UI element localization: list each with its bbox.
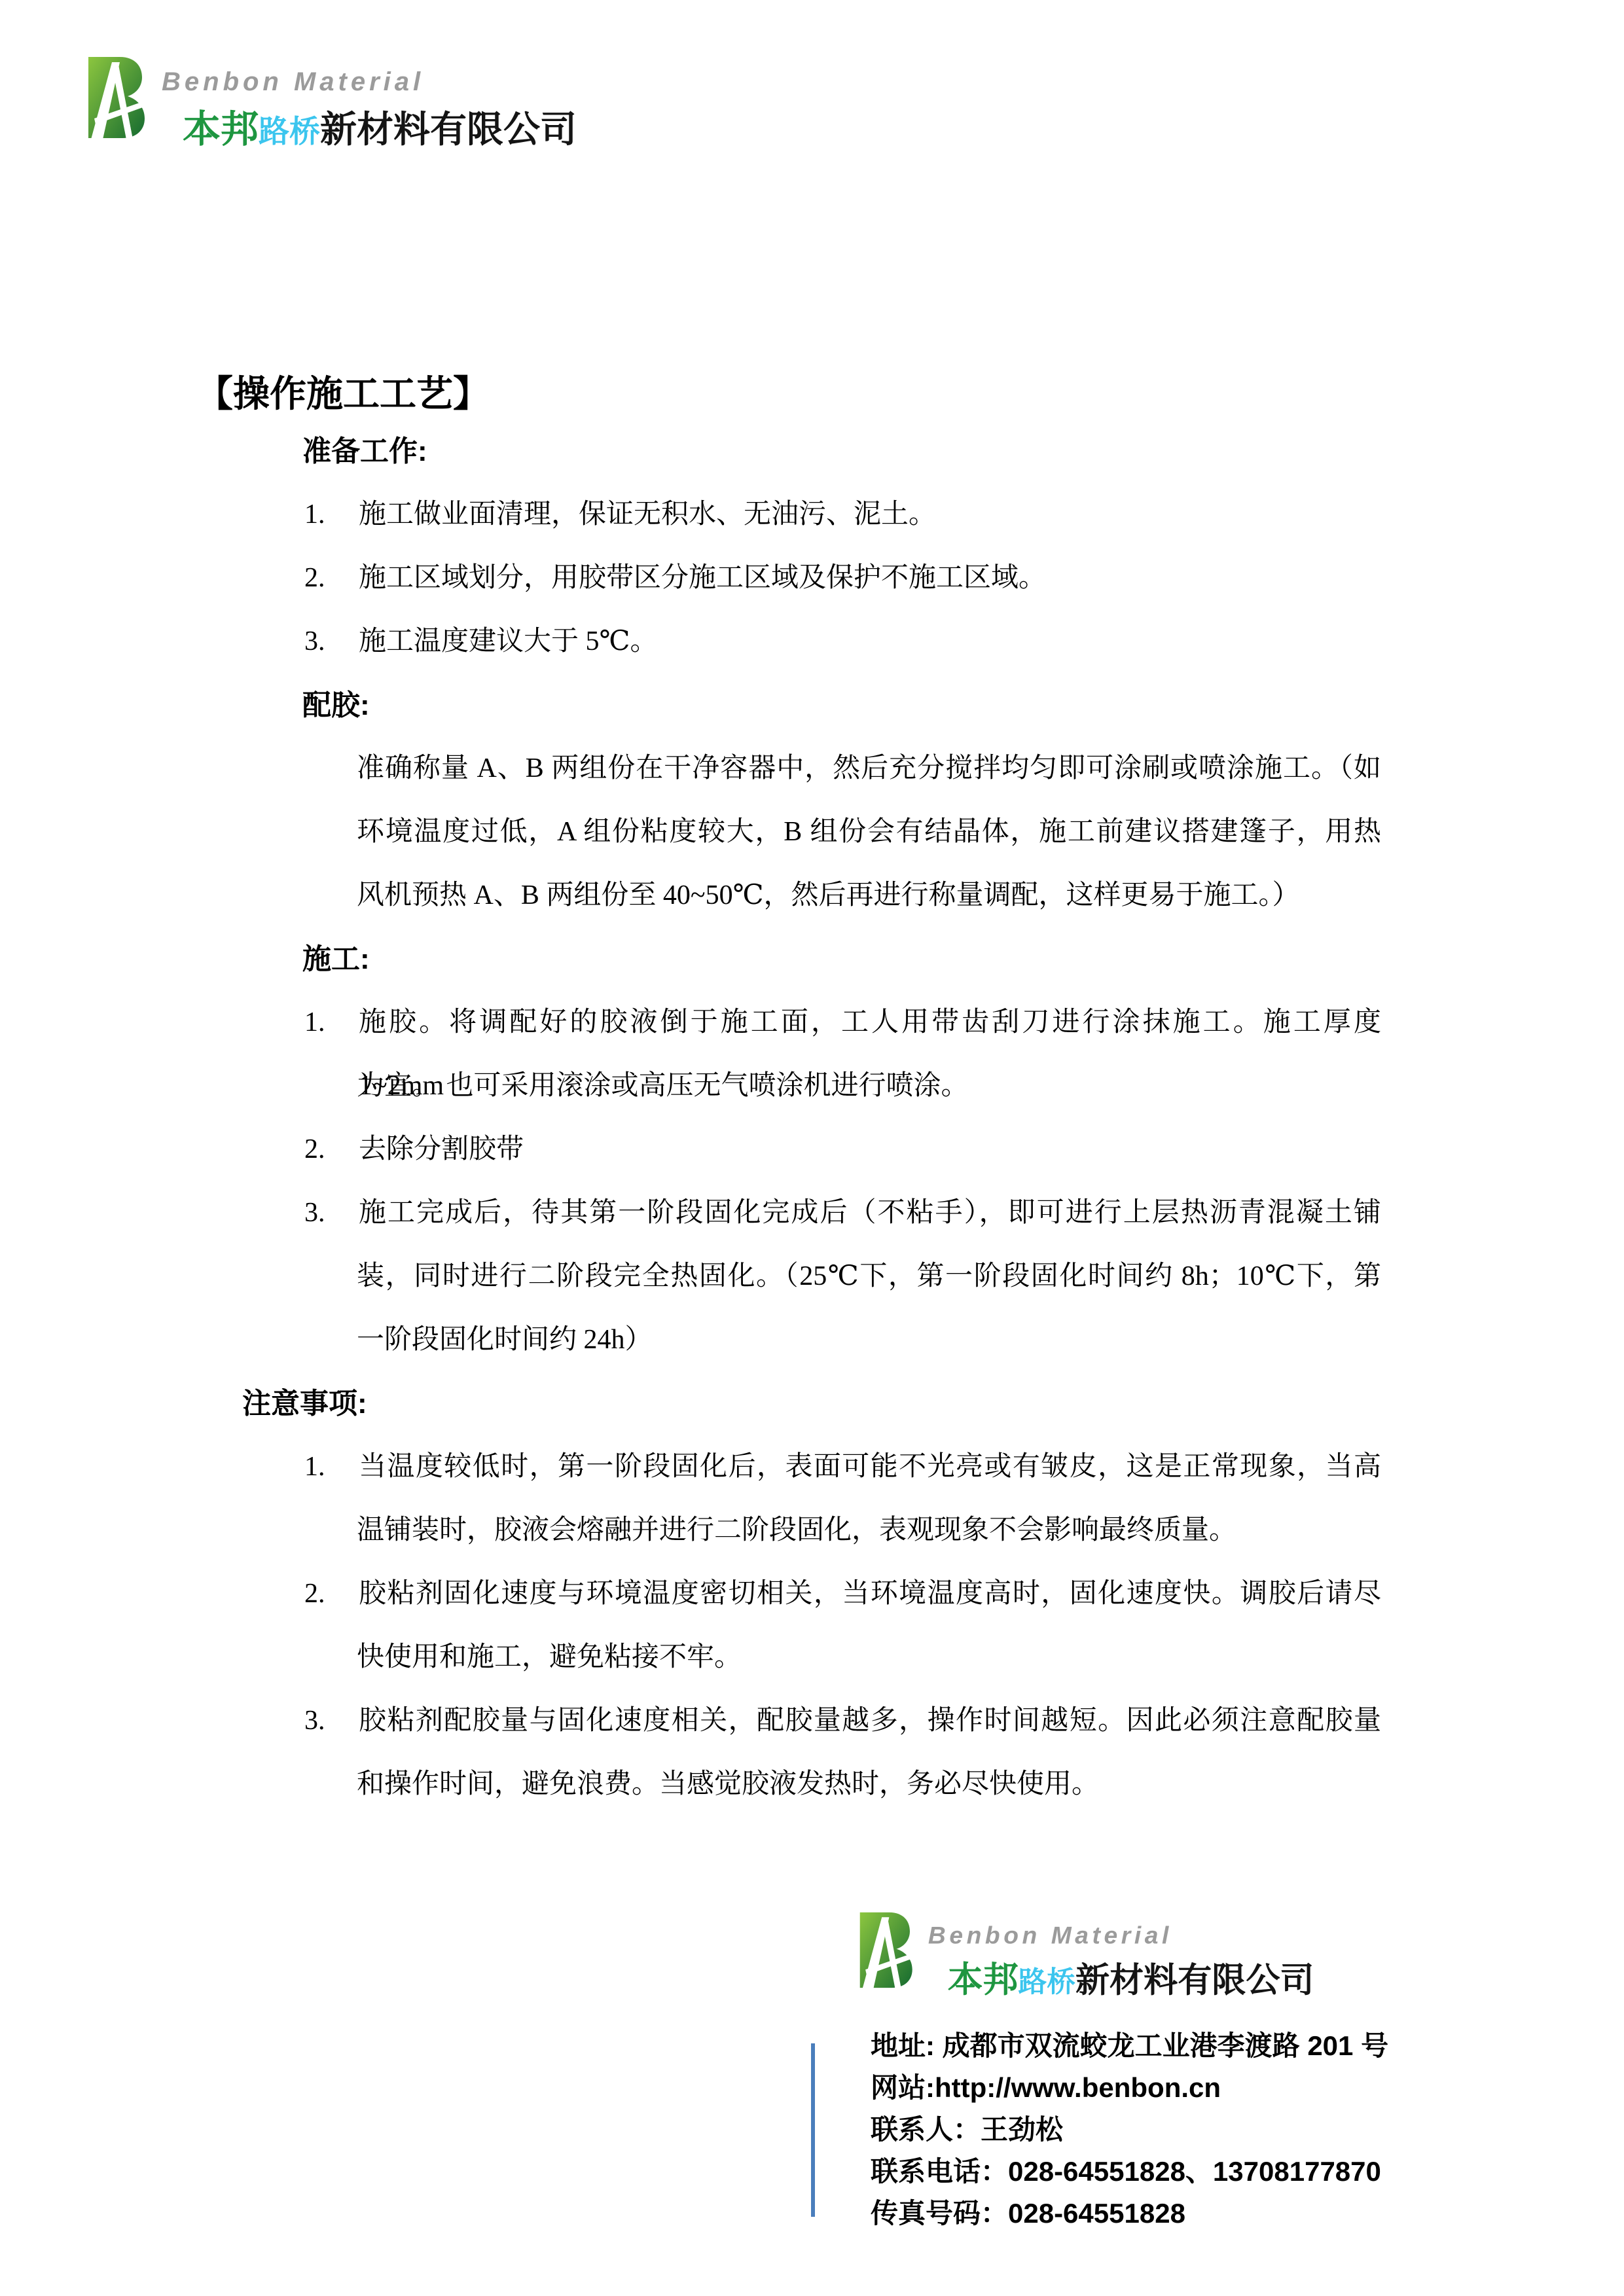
logo-cn-company: 新材料有限公司 (320, 109, 577, 150)
line-text: 配胶: (302, 673, 1381, 737)
contact-accent-line (811, 2043, 815, 2217)
logo-cn-benbon: 本邦 (183, 108, 259, 151)
section-heading: 准备工作: (242, 420, 1381, 483)
line-text: 施工做业面清理，保证无积水、无油污、泥土。 (359, 483, 1381, 547)
benbon-logo-icon (86, 56, 146, 139)
line-text: 装，同时进行二阶段完全热固化。（25℃下，第一阶段固化时间约 8h；10℃下，第 (357, 1245, 1381, 1308)
logo-cn-luqiao: 路桥 (1019, 1965, 1075, 1998)
contact-line: 联系电话：028-64551828、13708177870 (871, 2151, 1388, 2193)
line-text: 准确称量 A、B 两组份在干净容器中，然后充分搅拌均匀即可涂刷或喷涂施工。（如 (357, 737, 1381, 800)
body-line: 2.施工区域划分，用胶带区分施工区域及保护不施工区域。 (242, 547, 1381, 610)
document-body: 准备工作:1.施工做业面清理，保证无积水、无油污、泥土。2.施工区域划分，用胶带… (242, 420, 1381, 1816)
page-title: 【操作施工工艺】 (196, 361, 490, 427)
section-heading: 配胶: (242, 673, 1381, 737)
line-text: 为宜。 也可采用滚涂或高压无气喷涂机进行喷涂。 (357, 1054, 1381, 1118)
line-text: 快使用和施工，避免粘接不牢。 (357, 1626, 1381, 1689)
contact-info: 地址: 成都市双流蛟龙工业港李渡路 201 号网站:http://www.ben… (871, 2025, 1388, 2234)
company-logo-top: Benbon Material 本邦路桥新材料有限公司 (86, 56, 577, 153)
body-line: 1.当温度较低时，第一阶段固化后，表面可能不光亮或有皱皮，这是正常现象，当高 (242, 1435, 1381, 1499)
list-number: 2. (304, 547, 325, 610)
logo-cn-luqiao: 路桥 (259, 114, 320, 149)
line-text: 风机预热 A、B 两组份至 40~50℃，然后再进行称量调配，这样更易于施工。） (357, 864, 1381, 927)
list-number: 1. (304, 1435, 325, 1499)
line-text: 温铺装时，胶液会熔融并进行二阶段固化，表观现象不会影响最终质量。 (357, 1499, 1381, 1562)
line-text: 去除分割胶带 (359, 1118, 1381, 1181)
body-line: 一阶段固化时间约 24h） (242, 1308, 1381, 1372)
body-line: 3.施工温度建议大于 5℃。 (242, 610, 1381, 673)
logo-chinese-name: 本邦路桥新材料有限公司 (928, 1950, 1314, 2001)
list-number: 3. (304, 610, 325, 673)
logo-english-name: Benbon Material (162, 67, 577, 97)
body-line: 准确称量 A、B 两组份在干净容器中，然后充分搅拌均匀即可涂刷或喷涂施工。（如 (242, 737, 1381, 800)
benbon-logo-icon (857, 1911, 914, 1989)
document-page: Benbon Material 本邦路桥新材料有限公司 【操作施工工艺】 准备工… (0, 0, 1624, 2296)
logo-chinese-name: 本邦路桥新材料有限公司 (162, 98, 577, 153)
list-number: 1. (304, 991, 325, 1054)
body-line: 1.施工做业面清理，保证无积水、无油污、泥土。 (242, 483, 1381, 547)
line-text: 施工温度建议大于 5℃。 (359, 610, 1381, 673)
contact-line: 网站:http://www.benbon.cn (871, 2067, 1388, 2109)
body-line: 风机预热 A、B 两组份至 40~50℃，然后再进行称量调配，这样更易于施工。） (242, 864, 1381, 927)
line-text: 环境温度过低，A 组份粘度较大，B 组份会有结晶体，施工前建议搭建篷子，用热 (357, 800, 1381, 864)
list-number: 2. (304, 1562, 325, 1626)
line-text: 和操作时间，避免浪费。当感觉胶液发热时，务必尽快使用。 (357, 1753, 1381, 1816)
contact-line: 联系人：王劲松 (871, 2109, 1388, 2151)
logo-text: Benbon Material 本邦路桥新材料有限公司 (162, 56, 577, 153)
list-number: 1. (304, 483, 325, 547)
body-line: 环境温度过低，A 组份粘度较大，B 组份会有结晶体，施工前建议搭建篷子，用热 (242, 800, 1381, 864)
body-line: 温铺装时，胶液会熔融并进行二阶段固化，表观现象不会影响最终质量。 (242, 1499, 1381, 1562)
line-text: 施工: (302, 927, 1381, 991)
logo-cn-benbon: 本邦 (948, 1960, 1019, 1999)
line-text: 施工区域划分，用胶带区分施工区域及保护不施工区域。 (359, 547, 1381, 610)
line-text: 一阶段固化时间约 24h） (357, 1308, 1381, 1372)
list-number: 2. (304, 1118, 325, 1181)
section-heading: 注意事项: (242, 1372, 1381, 1435)
body-line: 1.施胶。将调配好的胶液倒于施工面，工人用带齿刮刀进行涂抹施工。施工厚度 1~2… (242, 991, 1381, 1054)
list-number: 3. (304, 1181, 325, 1245)
company-logo-bottom: Benbon Material 本邦路桥新材料有限公司 (857, 1911, 1314, 2002)
section-heading: 施工: (242, 927, 1381, 991)
logo-text: Benbon Material 本邦路桥新材料有限公司 (928, 1911, 1314, 2002)
body-line: 为宜。 也可采用滚涂或高压无气喷涂机进行喷涂。 (242, 1054, 1381, 1118)
body-line: 快使用和施工，避免粘接不牢。 (242, 1626, 1381, 1689)
body-line: 2.胶粘剂固化速度与环境温度密切相关，当环境温度高时，固化速度快。调胶后请尽 (242, 1562, 1381, 1626)
line-text: 胶粘剂固化速度与环境温度密切相关，当环境温度高时，固化速度快。调胶后请尽 (359, 1562, 1381, 1626)
line-text: 准备工作: (302, 420, 1381, 483)
contact-line: 地址: 成都市双流蛟龙工业港李渡路 201 号 (871, 2025, 1388, 2067)
list-number: 3. (304, 1689, 325, 1753)
body-line: 3.施工完成后，待其第一阶段固化完成后（不粘手），即可进行上层热沥青混凝土铺 (242, 1181, 1381, 1245)
logo-english-name: Benbon Material (928, 1922, 1314, 1950)
contact-line: 传真号码：028-64551828 (871, 2193, 1388, 2234)
line-text: 当温度较低时，第一阶段固化后，表面可能不光亮或有皱皮，这是正常现象，当高 (359, 1435, 1381, 1499)
line-text: 胶粘剂配胶量与固化速度相关，配胶量越多，操作时间越短。因此必须注意配胶量 (359, 1689, 1381, 1753)
body-line: 2.去除分割胶带 (242, 1118, 1381, 1181)
body-line: 3.胶粘剂配胶量与固化速度相关，配胶量越多，操作时间越短。因此必须注意配胶量 (242, 1689, 1381, 1753)
body-line: 装，同时进行二阶段完全热固化。（25℃下，第一阶段固化时间约 8h；10℃下，第 (242, 1245, 1381, 1308)
line-text: 注意事项: (242, 1372, 1381, 1435)
body-line: 和操作时间，避免浪费。当感觉胶液发热时，务必尽快使用。 (242, 1753, 1381, 1816)
logo-cn-company: 新材料有限公司 (1075, 1960, 1314, 1999)
line-text: 施工完成后，待其第一阶段固化完成后（不粘手），即可进行上层热沥青混凝土铺 (359, 1181, 1381, 1245)
